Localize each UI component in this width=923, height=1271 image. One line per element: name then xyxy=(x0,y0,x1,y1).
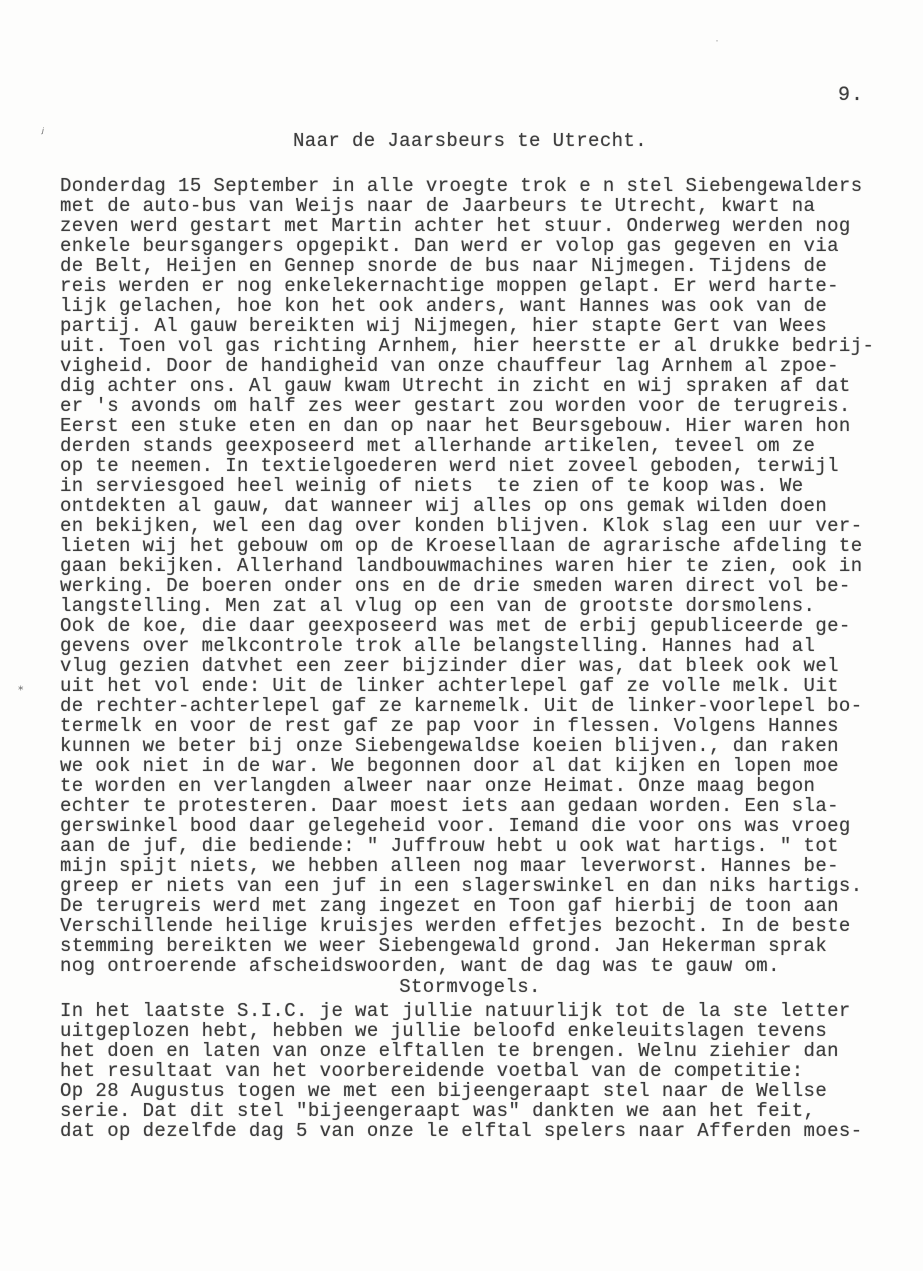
section-heading-jaarbeurs: Naar de Jaarsbeurs te Utrecht. xyxy=(60,131,880,151)
text-line: De terugreis werd met zang ingezet en To… xyxy=(60,896,905,916)
text-line: gevens over melkcontrole trok alle belan… xyxy=(60,636,905,656)
text-line: greep er niets van een juf in een slager… xyxy=(60,876,905,896)
text-line: derden stands geexposeerd met allerhande… xyxy=(60,436,905,456)
text-line: dig achter ons. Al gauw kwam Utrecht in … xyxy=(60,376,905,396)
text-line: reis werden er nog enkelekernachtige mop… xyxy=(60,276,905,296)
page-number: 9. xyxy=(838,86,864,106)
text-line: zeven werd gestart met Martin achter het… xyxy=(60,216,905,236)
scan-artifact: ⁎ xyxy=(18,680,24,693)
text-line: Verschillende heilige kruisjes werden ef… xyxy=(60,916,905,936)
text-line: lijk gelachen, hoe kon het ook anders, w… xyxy=(60,296,905,316)
text-line: enkele beursgangers opgepikt. Dan werd e… xyxy=(60,236,905,256)
text-line: termelk en voor de rest gaf ze pap voor … xyxy=(60,716,905,736)
text-line: lieten wij het gebouw om op de Kroesella… xyxy=(60,536,905,556)
text-line: nog ontroerende afscheidswoorden, want d… xyxy=(60,956,905,976)
text-line: te worden en verlangden alweer naar onze… xyxy=(60,776,905,796)
text-line: het resultaat van het voorbereidende voe… xyxy=(60,1061,905,1081)
text-line: Donderdag 15 September in alle vroegte t… xyxy=(60,176,905,196)
text-line: op te neemen. In textielgoederen werd ni… xyxy=(60,456,905,476)
text-line: gerswinkel bood daar gelegeheid voor. Ie… xyxy=(60,816,905,836)
section-body-jaarbeurs: Donderdag 15 September in alle vroegte t… xyxy=(60,176,905,976)
text-line: in serviesgoed heel weinig of niets te z… xyxy=(60,476,905,496)
text-line: uit. Toen vol gas richting Arnhem, hier … xyxy=(60,336,905,356)
text-line: Op 28 Augustus togen we met een bijeenge… xyxy=(60,1081,905,1101)
text-line: ontdekten al gauw, dat wanneer wij alles… xyxy=(60,496,905,516)
text-line: In het laatste S.I.C. je wat jullie natu… xyxy=(60,1001,905,1021)
text-line: vlug gezien datvhet een zeer bijzinder d… xyxy=(60,656,905,676)
text-line: de Belt, Heijen en Gennep snorde de bus … xyxy=(60,256,905,276)
text-line: kunnen we beter bij onze Siebengewaldse … xyxy=(60,736,905,756)
section-heading-stormvogels: Stormvogels. xyxy=(60,977,880,997)
text-line: we ook niet in de war. We begonnen door … xyxy=(60,756,905,776)
scan-artifact: · xyxy=(714,36,720,47)
text-line: vigheid. Door de handigheid van onze cha… xyxy=(60,356,905,376)
text-line: serie. Dat dit stel "bijeengeraapt was" … xyxy=(60,1101,905,1121)
text-line: stemming bereikten we weer Siebengewald … xyxy=(60,936,905,956)
text-line: uitgeplozen hebt, hebben we jullie beloo… xyxy=(60,1021,905,1041)
text-line: Ook de koe, die daar geexposeerd was met… xyxy=(60,616,905,636)
text-line: aan de juf, die bediende: " Juffrouw heb… xyxy=(60,836,905,856)
text-line: langstelling. Men zat al vlug op een van… xyxy=(60,596,905,616)
text-line: en bekijken, wel een dag over konden bli… xyxy=(60,516,905,536)
scan-artifact: ʲ xyxy=(37,125,47,141)
text-line: echter te protesteren. Daar moest iets a… xyxy=(60,796,905,816)
text-line: met de auto-bus van Weijs naar de Jaarbe… xyxy=(60,196,905,216)
text-line: Eerst een stuke eten en dan op naar het … xyxy=(60,416,905,436)
text-line: dat op dezelfde dag 5 van onze le elftal… xyxy=(60,1121,905,1141)
scanned-document-page: ʲ ⁎ · 9. Naar de Jaarsbeurs te Utrecht. … xyxy=(0,0,923,1271)
text-line: werking. De boeren onder ons en de drie … xyxy=(60,576,905,596)
text-line: de rechter-achterlepel gaf ze karnemelk.… xyxy=(60,696,905,716)
text-line: er 's avonds om half zes weer gestart zo… xyxy=(60,396,905,416)
text-line: gaan bekijken. Allerhand landbouwmachine… xyxy=(60,556,905,576)
section-body-stormvogels: In het laatste S.I.C. je wat jullie natu… xyxy=(60,1001,905,1141)
text-line: uit het vol ende: Uit de linker achterle… xyxy=(60,676,905,696)
text-line: partij. Al gauw bereikten wij Nijmegen, … xyxy=(60,316,905,336)
text-line: het doen en laten van onze elftallen te … xyxy=(60,1041,905,1061)
text-line: mijn spijt niets, we hebben alleen nog m… xyxy=(60,856,905,876)
